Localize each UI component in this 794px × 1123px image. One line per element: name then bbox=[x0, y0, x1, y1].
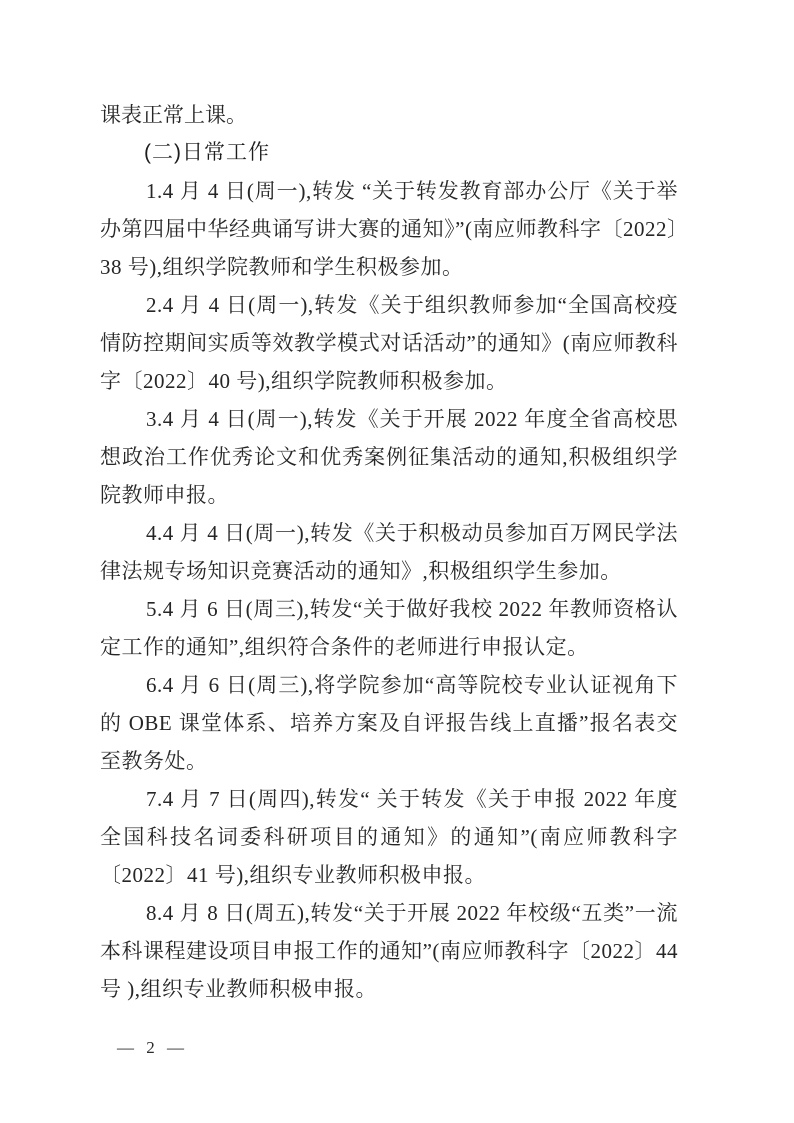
paragraph-item-7: 7.4 月 7 日(周四),转发“ 关于转发《关于申报 2022 年度全国科技名… bbox=[100, 780, 678, 894]
paragraph-item-6: 6.4 月 6 日(周三),将学院参加“高等院校专业认证视角下的 OBE 课堂体… bbox=[100, 666, 678, 780]
page-number: — 2 — bbox=[117, 1038, 186, 1058]
paragraph-item-3: 3.4 月 4 日(周一),转发《关于开展 2022 年度全省高校思想政治工作优… bbox=[100, 400, 678, 514]
document-page: 课表正常上课。 (二)日常工作 1.4 月 4 日(周一),转发 “关于转发教育… bbox=[0, 0, 794, 1123]
document-body: 课表正常上课。 (二)日常工作 1.4 月 4 日(周一),转发 “关于转发教育… bbox=[100, 96, 678, 1008]
paragraph-item-1: 1.4 月 4 日(周一),转发 “关于转发教育部办公厅《关于举办第四届中华经典… bbox=[100, 172, 678, 286]
paragraph-item-2: 2.4 月 4 日(周一),转发《关于组织教师参加“全国高校疫情防控期间实质等效… bbox=[100, 286, 678, 400]
paragraph-item-5: 5.4 月 6 日(周三),转发“关于做好我校 2022 年教师资格认定工作的通… bbox=[100, 590, 678, 666]
paragraph-item-8: 8.4 月 8 日(周五),转发“关于开展 2022 年校级“五类”一流本科课程… bbox=[100, 894, 678, 1008]
paragraph-item-4: 4.4 月 4 日(周一),转发《关于积极动员参加百万网民学法律法规专场知识竞赛… bbox=[100, 514, 678, 590]
section-heading: (二)日常工作 bbox=[100, 134, 678, 172]
paragraph-continuation: 课表正常上课。 bbox=[100, 96, 678, 134]
